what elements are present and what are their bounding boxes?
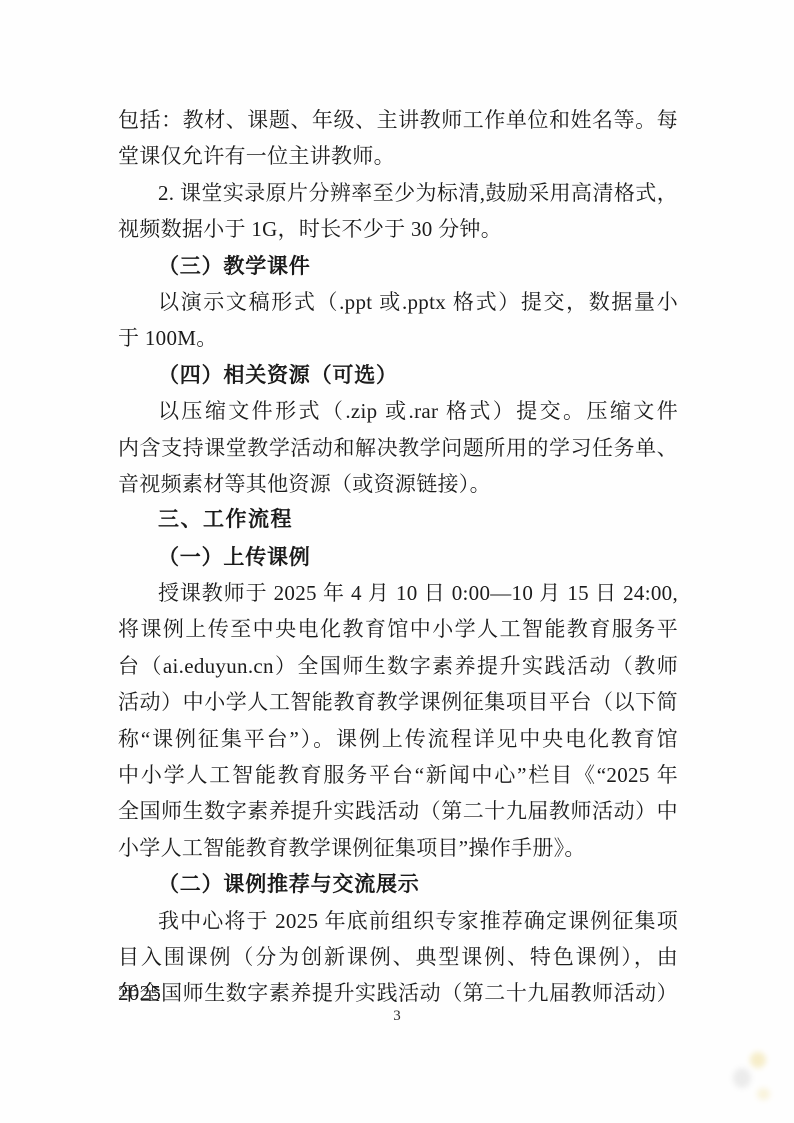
text-line: 授课教师于 2025 年 4 月 10 日 0:00—10 月 15 日 24:… <box>118 575 678 611</box>
text-line: 全国师生数字素养提升实践活动（第二十九届教师活动）中 <box>118 793 678 829</box>
scan-stain <box>750 1052 766 1068</box>
document-body: 包括：教材、课题、年级、主讲教师工作单位和姓名等。每堂课仅允许有一位主讲教师。2… <box>118 102 678 1012</box>
heading-line: 三、工作流程 <box>118 502 678 538</box>
text-line: 中小学人工智能教育服务平台“新闻中心”栏目《“2025 年 <box>118 757 678 793</box>
document-page: 包括：教材、课题、年级、主讲教师工作单位和姓名等。每堂课仅允许有一位主讲教师。2… <box>0 0 794 1123</box>
text-line: 年全国师生数字素养提升实践活动（第二十九届教师活动） <box>118 975 678 1011</box>
text-line: 堂课仅允许有一位主讲教师。 <box>118 138 678 174</box>
heading-line: （三）教学课件 <box>118 248 678 284</box>
text-line: 视频数据小于 1G，时长不少于 30 分钟。 <box>118 211 678 247</box>
text-line: 以压缩文件形式（.zip 或.rar 格式）提交。压缩文件 <box>118 393 678 429</box>
text-line: 包括：教材、课题、年级、主讲教师工作单位和姓名等。每 <box>118 102 678 138</box>
heading-line: （二）课例推荐与交流展示 <box>118 866 678 902</box>
text-line: 称“课例征集平台”）。课例上传流程详见中央电化教育馆 <box>118 721 678 757</box>
scan-stain <box>733 1068 751 1088</box>
text-line: 台（ai.eduyun.cn）全国师生数字素养提升实践活动（教师 <box>118 648 678 684</box>
page-number: 3 <box>0 1008 794 1025</box>
heading-line: （一）上传课例 <box>118 539 678 575</box>
text-line: 音视频素材等其他资源（或资源链接）。 <box>118 466 678 502</box>
text-line: 内含支持课堂教学活动和解决教学问题所用的学习任务单、 <box>118 430 678 466</box>
text-line: 2. 课堂实录原片分辨率至少为标清,鼓励采用高清格式， <box>118 175 678 211</box>
scan-stain <box>757 1088 770 1100</box>
text-line: 我中心将于 2025 年底前组织专家推荐确定课例征集项 <box>118 903 678 939</box>
text-line: 将课例上传至中央电化教育馆中小学人工智能教育服务平 <box>118 611 678 647</box>
text-line: 以演示文稿形式（.ppt 或.pptx 格式）提交，数据量小 <box>118 284 678 320</box>
heading-line: （四）相关资源（可选） <box>118 357 678 393</box>
text-line: 目入围课例（分为创新课例、典型课例、特色课例），由 2025 <box>118 939 678 975</box>
text-line: 活动）中小学人工智能教育教学课例征集项目平台（以下简 <box>118 684 678 720</box>
text-line: 小学人工智能教育教学课例征集项目”操作手册》。 <box>118 830 678 866</box>
text-line: 于 100M。 <box>118 320 678 356</box>
